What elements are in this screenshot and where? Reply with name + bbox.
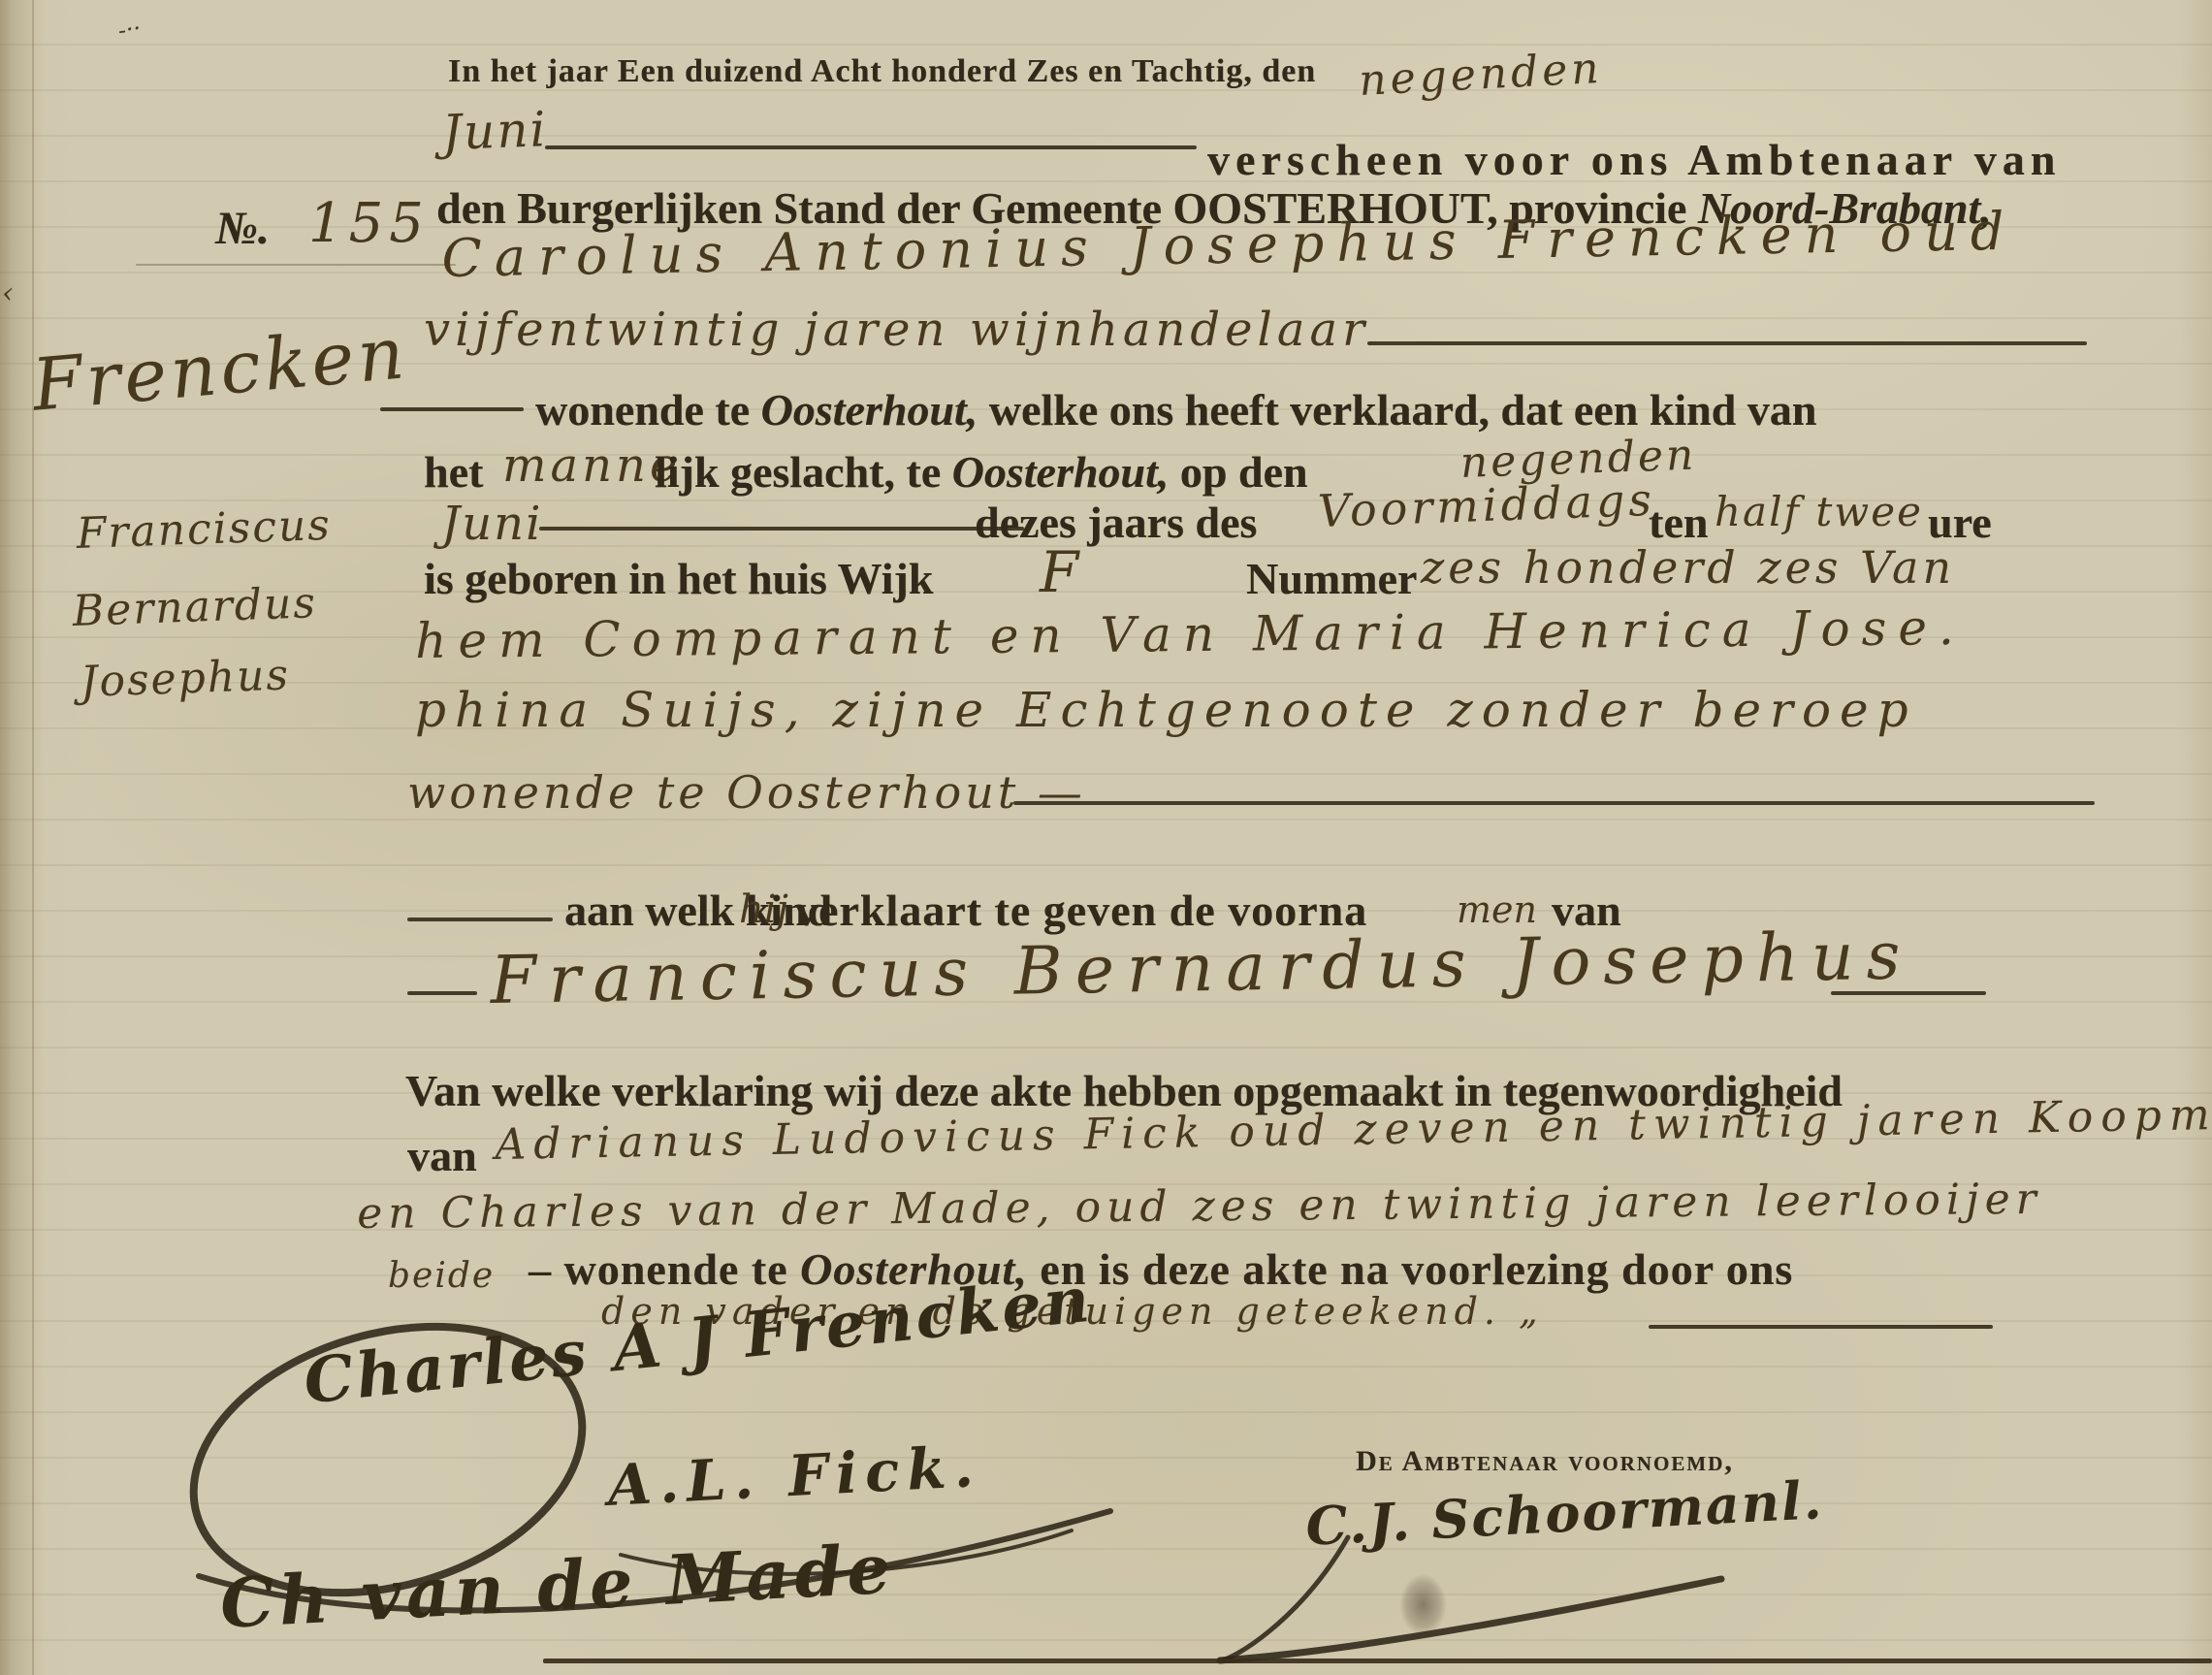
- mother-line-1-entry: hem Comparant en Van Maria Henrica Jose.: [415, 599, 1966, 669]
- fill-line-birth-month: [539, 527, 1024, 531]
- line6-printed: wonende te Oosterhout, welke ons heeft v…: [535, 384, 1816, 435]
- act-number-label: №.: [215, 202, 270, 255]
- margin-surname: Frencken: [29, 311, 411, 427]
- hour-entry: half twee: [1715, 488, 1923, 535]
- line1-day-entry: negenden: [1358, 44, 1604, 106]
- both-entry: beide: [388, 1256, 495, 1296]
- fill-line-month: [545, 145, 1197, 149]
- witness1-signature: A.L. Fick.: [606, 1433, 982, 1519]
- mother-residence-entry: wonende te Oosterhout —: [407, 766, 1086, 819]
- line7-text-b: lijk geslacht, te: [655, 447, 952, 497]
- margin-child-name-1: Franciscus: [76, 500, 333, 559]
- line9-printed-a: is geboren in het huis Wijk: [424, 553, 933, 604]
- fill-line-before-name-clause: [407, 918, 553, 921]
- page-fold-crease: [32, 0, 34, 1675]
- fill-line-childname-left: [407, 991, 477, 995]
- bottom-border-line: [543, 1659, 2212, 1663]
- fill-line-residence: [380, 407, 524, 411]
- district-letter-entry: F: [1040, 539, 1078, 605]
- margin-child-name-3: Josephus: [80, 650, 291, 707]
- official-signature-underline: [1220, 1579, 1721, 1660]
- act-number-value: 155: [308, 192, 430, 255]
- line6-text-b: welke ons heeft verklaard, dat een kind …: [978, 385, 1816, 435]
- declarant-age-profession-entry: vijfentwintig jaren wijnhandelaar: [424, 303, 1369, 357]
- ink-stain: [1392, 1563, 1455, 1646]
- act-number-underline: [136, 264, 456, 266]
- line18-text-a: – wonende te: [529, 1244, 800, 1294]
- fill-line-closing: [1649, 1325, 1993, 1329]
- mother-line-2-entry: phina Suijs, zijne Echtgenoote zonder be…: [415, 682, 1917, 738]
- line8-printed-a: dezes jaars des: [975, 497, 1257, 548]
- line7-printed: lijk geslacht, te Oosterhout, op den: [655, 446, 1307, 498]
- line7-place: Oosterhout,: [952, 447, 1170, 497]
- fill-line-profession: [1367, 341, 2087, 345]
- fill-line-childname-right: [1831, 991, 1986, 995]
- line7-text-c: op den: [1169, 447, 1307, 497]
- margin-child-name-2: Bernardus: [72, 578, 318, 636]
- witness2-entry: en Charles van der Made, oud zes en twin…: [357, 1175, 2042, 1239]
- birth-month-entry: Juni: [441, 497, 542, 551]
- line18-text-b: en is deze akte na voorlezing door ons: [1028, 1244, 1793, 1294]
- line2-month-entry: Juni: [441, 101, 548, 161]
- line6-text-a: wonende te: [535, 385, 761, 435]
- line2-printed: verscheen voor ons Ambtenaar van: [1207, 134, 2061, 185]
- line18-printed: – wonende te Oosterhout, en is deze akte…: [529, 1243, 1793, 1295]
- ink-marks: -··: [116, 15, 143, 45]
- daypart-entry: Voormiddags: [1317, 473, 1656, 537]
- fill-line-mother: [1013, 801, 2095, 805]
- birth-certificate-page: -·· ‹ In het jaar Een duizend Acht honde…: [0, 0, 2212, 1675]
- line13-printed-a: aan welk kind: [564, 885, 832, 936]
- pronoun-entry: hij: [739, 887, 788, 932]
- line7-printed-het: het: [424, 446, 483, 498]
- official-signature: C.J. Schoormanl.: [1304, 1468, 1825, 1558]
- house-number-entry: zes honderd zes Van: [1421, 541, 1955, 594]
- line6-place: Oosterhout,: [761, 385, 978, 435]
- official-title: De Ambtenaar voornoemd,: [1356, 1445, 1734, 1478]
- edge-mark: ‹: [2, 276, 14, 310]
- line1-printed: In het jaar Een duizend Acht honderd Zes…: [448, 53, 1316, 90]
- witness2-signature: Ch van de Made: [218, 1529, 897, 1644]
- line16-printed: van: [407, 1130, 477, 1181]
- line9-printed-b: Nummer: [1246, 553, 1417, 604]
